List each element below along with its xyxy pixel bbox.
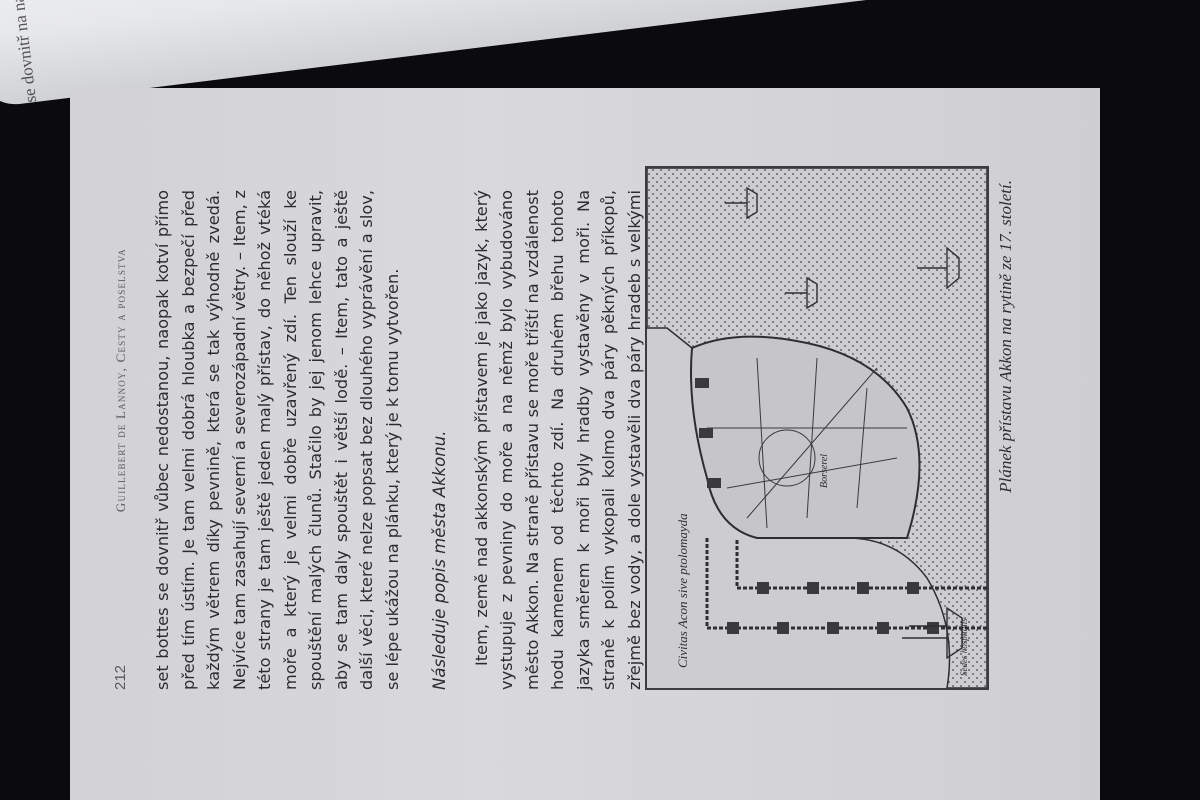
paragraph-1: set bottes se dovnitř vůbec nedostanou, … bbox=[150, 190, 405, 690]
running-head-title: Guillebert de Lannoy, Cesty a poselstva bbox=[113, 248, 129, 512]
map-label-borserel: Borserel bbox=[819, 454, 830, 488]
map-label-sedes: Sedes hospitalis bbox=[959, 618, 969, 676]
running-head: 212 Guillebert de Lannoy, Cesty a posels… bbox=[112, 128, 129, 690]
page-content: 212 Guillebert de Lannoy, Cesty a posels… bbox=[70, 88, 1100, 800]
section-subheading: Následuje popis města Akkonu. bbox=[427, 190, 453, 690]
book-page: 212 Guillebert de Lannoy, Cesty a posels… bbox=[70, 88, 1100, 800]
map-title: Civitas Acon sive ptolomayda bbox=[675, 513, 690, 668]
akkon-map-illustration: Civitas Acon sive ptolomayda Borserel Se… bbox=[647, 168, 987, 688]
figure-caption: Plánek přístavu Akkon na rytině ze 17. s… bbox=[995, 180, 1016, 600]
page-number: 212 bbox=[112, 665, 129, 690]
map-engraving: Civitas Acon sive ptolomayda Borserel Se… bbox=[645, 166, 989, 690]
